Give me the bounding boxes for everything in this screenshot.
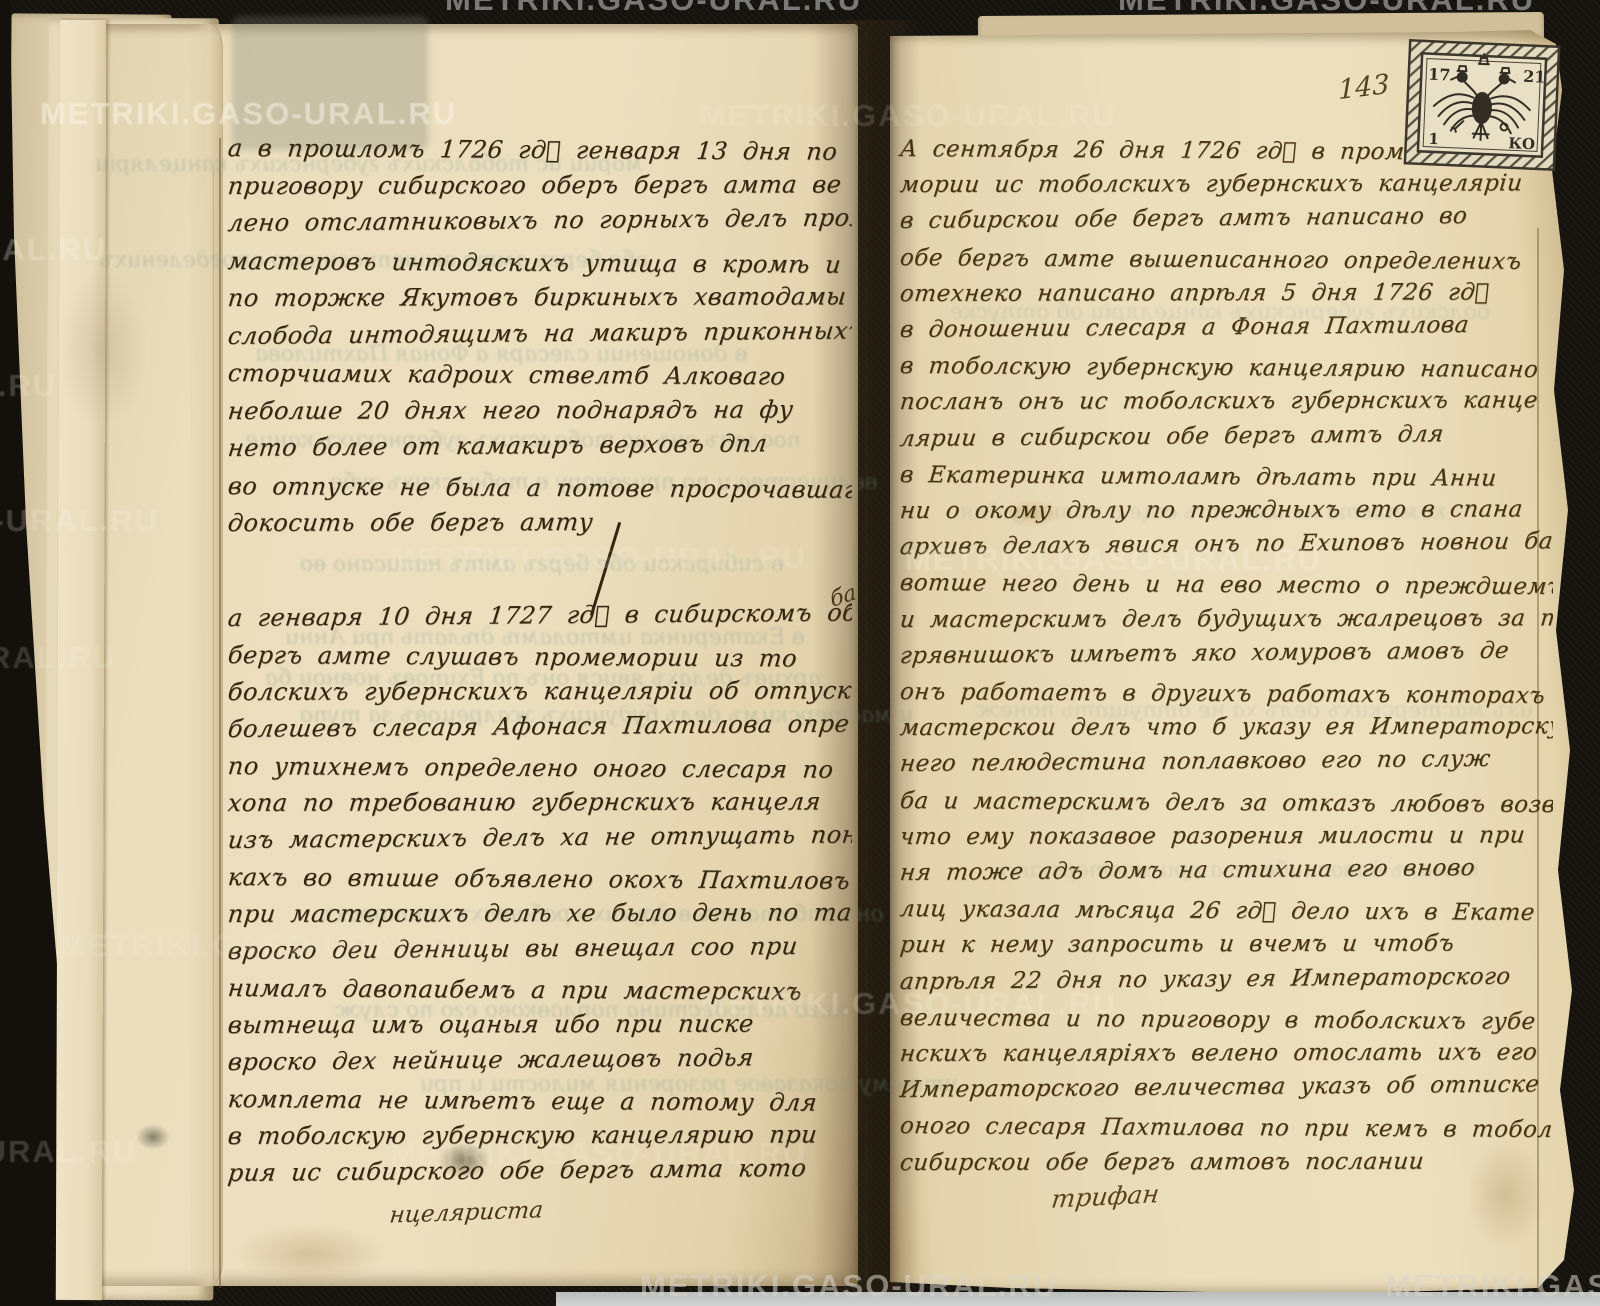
manuscript-line: ня тоже адъ домъ на стихина его вново — [899, 855, 1477, 886]
manuscript-line: ба и мастерскимъ делъ за отказъ любовъ в… — [899, 788, 1553, 818]
manuscript-line: лиц указала мѣсяца 26 гдⷣ дело ихъ в Ека… — [899, 896, 1536, 926]
manuscript-line: сибирскои обе бергъ амтовъ послании — [899, 1148, 1426, 1175]
manuscript-line: архивъ делахъ явися онъ по Ехиповъ новно… — [899, 528, 1553, 560]
right-page-text-block: А сентября 26 дня 1726 гдⷣ в промемории … — [853, 0, 1553, 1292]
manuscript-line: неболше 20 днях него поднарядъ на фу — [227, 395, 795, 424]
manuscript-line: и мастерскимъ делъ будущихъ жалрецовъ за… — [899, 605, 1553, 633]
manuscript-line: величества и по приговору в тоболскихъ г… — [899, 1005, 1537, 1035]
folio-number: 143 — [1338, 69, 1390, 106]
scanner-table-edge — [556, 1292, 1600, 1306]
manuscript-line: посланъ онъ ис тоболскихъ губернскихъ ка… — [899, 388, 1540, 416]
manuscript-line: а генваря 10 дня 1727 гдⷣ в сибирскомъ о… — [226, 598, 852, 632]
manuscript-line: нималъ давопаибемъ а при мастерскихъ — [227, 974, 804, 1006]
manuscript-line: грявнишокъ имѣетъ яко хомуровъ амовъ де — [899, 637, 1511, 668]
manuscript-line: ни о окому дѣлу по преждныхъ ето в спана — [899, 496, 1524, 524]
manuscript-line: а в прошломъ 1726 гдⷣ генваря 13 дня по — [227, 134, 839, 166]
manuscript-line: вроско деи денницы вы внещал соо при — [226, 932, 799, 965]
manuscript-line: онъ работаетъ в другихъ работахъ контора… — [899, 679, 1547, 709]
manuscript-line: мастеровъ интодяскихъ утища в кромѣ и — [227, 247, 843, 279]
manuscript-line: в тоболскую губернскую канцелярию при — [227, 1120, 819, 1150]
manuscript-line: в доношении слесаря а Фоная Пахтилова — [899, 312, 1471, 343]
manuscript-line: во отпуске не была а потове просрочавшаг… — [227, 472, 852, 504]
manuscript-line: по утихнемъ определено оного слесаря по — [227, 752, 835, 784]
manuscript-line: вроско дех нейнице жалещовъ подья — [226, 1043, 755, 1076]
manuscript-line: вотше него день и на ево место о преждше… — [899, 570, 1553, 600]
manuscript-line: в сибирскои обе бергъ амтъ написано во — [899, 203, 1469, 234]
manuscript-scan-photo: мории ис тоболскихъ губернскихъ канцеляр… — [0, 0, 1600, 1306]
manuscript-line: лено отслатниковыхъ по горныхъ делъ пром… — [226, 203, 852, 237]
manuscript-line: что ему показавое разорения милости и пр… — [899, 822, 1527, 850]
manuscript-line: него пелюдестина поплавково его по служ — [899, 746, 1493, 777]
manuscript-line: А сентября 26 дня 1726 гдⷣ в проме — [899, 136, 1420, 165]
stamp-denomination-value: 1 — [1428, 130, 1439, 148]
manuscript-line: бергъ амте слушавъ промемории из то — [227, 641, 799, 672]
manuscript-line: болешевъ слесаря Афонася Пахтилова опре — [226, 710, 851, 743]
stamp-denomination-unit: КО — [1508, 134, 1535, 153]
manuscript-line: при мастерскихъ делѣ хе было день по та — [227, 898, 852, 928]
manuscript-line: рин к нему запросить и вчемъ и чтобъ — [899, 931, 1456, 958]
manuscript-line: изъ мастерскихъ делъ ха не отпущать поне… — [226, 820, 852, 854]
manuscript-line: мастерскои делъ что б указу ея Император… — [899, 713, 1553, 741]
manuscript-line: в тоболскую губернскую канцелярию написа… — [899, 353, 1540, 383]
manuscript-line: мории ис тоболскихъ губернскихъ канцеляр… — [899, 171, 1524, 199]
manuscript-line: кахъ во втише объявлено окохъ Пахтиловъ — [227, 863, 852, 895]
stamp-year-left: 17 — [1428, 65, 1451, 85]
manuscript-line: отехнеко написано апрѣля 5 дня 1726 гдⷣ — [899, 279, 1491, 307]
manuscript-line: нето более от камакиръ верховъ дпл — [226, 429, 769, 462]
manuscript-line: сторчиамих кадроих ствелтб Алковаго — [227, 359, 787, 390]
manuscript-line: комплета не имѣетъ еще а потому для — [227, 1085, 819, 1117]
manuscript-line: нскихъ канцеляріяхъ велено отослать ихъ … — [899, 1039, 1539, 1067]
left-page-text-block: а в прошломъ 1726 гдⷣ генваря 13 дня поп… — [0, 0, 852, 1292]
left-page-signature: нцеляриста — [388, 1197, 544, 1228]
manuscript-line: оного слесаря Пахтилова по при кемъ в то… — [899, 1113, 1553, 1143]
manuscript-line: в Екатеринка имтоламѣ дѣлать при Анни — [899, 462, 1498, 492]
manuscript-line: апрѣля 22 дня по указу ея Императорского — [899, 963, 1513, 994]
right-page-signature: трифан — [1050, 1179, 1161, 1214]
manuscript-line: рия ис сибирского обе бергъ амта кото — [226, 1154, 808, 1187]
manuscript-line: лярии в сибирскои обе бергъ амтъ для — [899, 421, 1446, 452]
revenue-stamp: 17 21 1 КО — [1403, 39, 1560, 172]
manuscript-line: хопа по требованию губернскихъ канцеля — [227, 787, 823, 817]
manuscript-line: вытнеща имъ оцаныя ибо при писке — [227, 1010, 756, 1039]
manuscript-line: по торжке Якутовъ биркиныхъ хватодамы — [227, 282, 848, 312]
manuscript-line: докосить обе бергъ амту — [227, 508, 595, 537]
manuscript-line: слобода интодящимъ на макиръ приконныхъ … — [226, 316, 852, 350]
double-eagle-icon: 17 21 1 КО — [1403, 39, 1560, 172]
manuscript-line: болскихъ губернскихъ канцеляріи об отпус… — [227, 676, 852, 706]
manuscript-line: приговору сибирского оберъ бергъ амта ве — [227, 170, 843, 200]
manuscript-line: обе бергъ амте вышеписанного определених… — [899, 245, 1523, 275]
manuscript-line: Императорского величества указъ об отпис… — [899, 1072, 1541, 1104]
stamp-year-right: 21 — [1523, 67, 1546, 87]
